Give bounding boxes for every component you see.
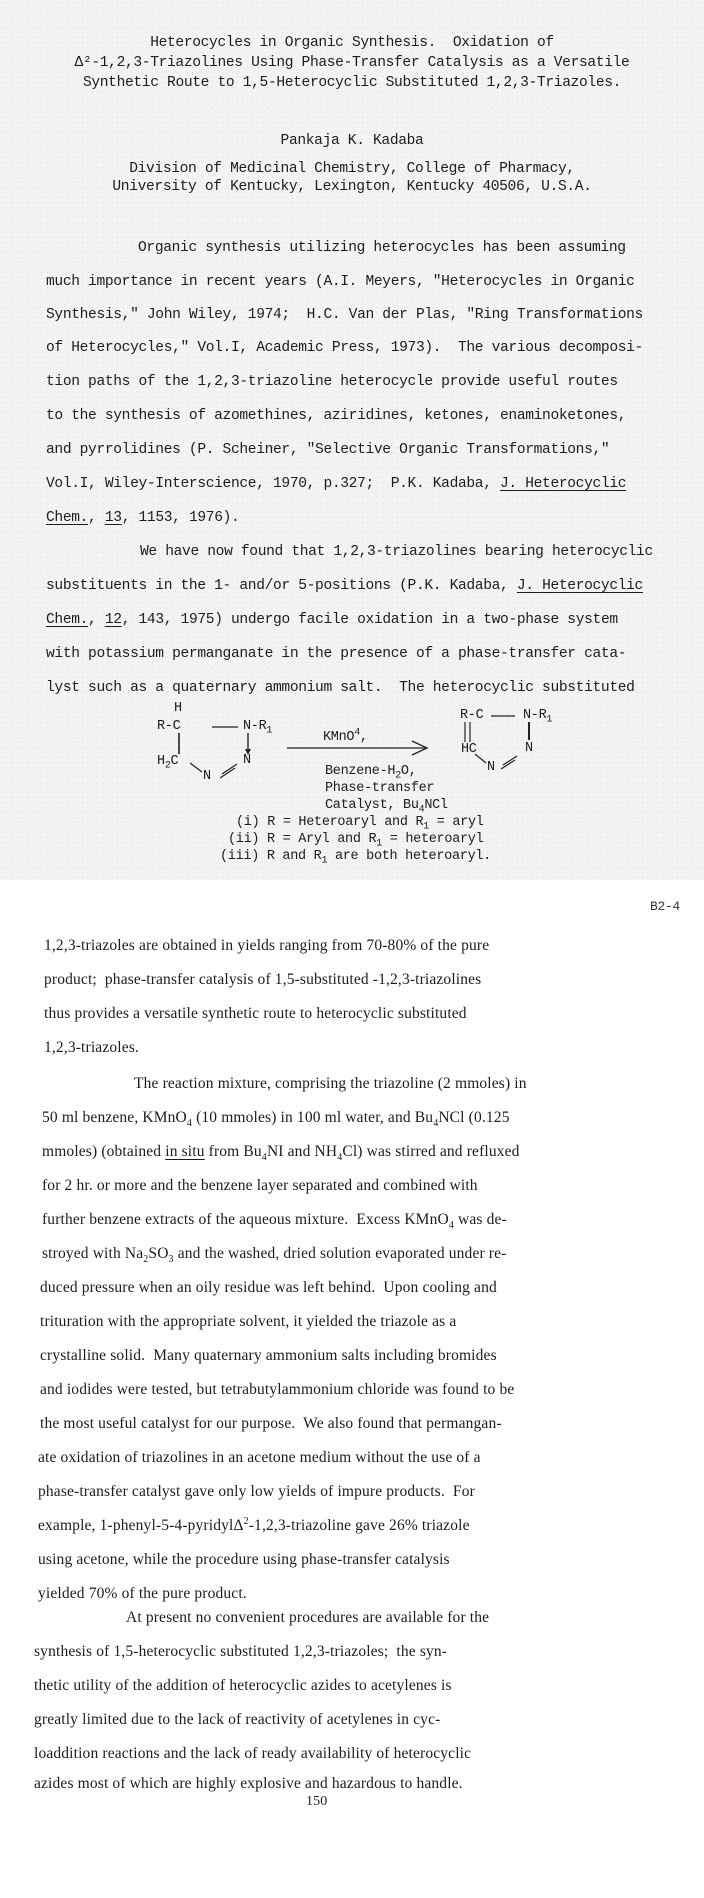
case-ii: (ii) R = Aryl and R1 = heteroaryl [228,832,483,847]
text-span: SO [148,1245,168,1262]
text-span: N-R [523,708,546,723]
text-span: stroyed with Na [42,1245,143,1262]
text-span: N-R [243,719,266,734]
text-span: further benzene extracts of the aqueous … [42,1211,449,1228]
paragraph3-line-2: product; phase-transfer catalysis of 1,5… [44,971,481,989]
condition-catalyst: Catalyst, Bu4NCl [325,798,448,813]
reactant-n-atom-right: N [243,753,251,768]
paragraph4-line-8: trituration with the appropriate solvent… [40,1313,456,1331]
text-span: (10 mmoles) in 100 ml water, and Bu [192,1109,433,1126]
paragraph4-line-1: The reaction mixture, comprising the tri… [134,1075,527,1093]
text-span: R = Heteroaryl and R [267,815,423,830]
reactant-n-r1-group: N-R1 [243,719,272,734]
text-span: and the washed, dried solution evaporate… [174,1245,507,1262]
text-span: Catalyst, Bu [325,798,419,813]
paragraph4-line-12: ate oxidation of triazolines in an aceto… [38,1449,481,1467]
text-span: are both heteroaryl. [327,849,491,864]
paragraph4-line-3: mmoles) (obtained in situ from Bu4NI and… [42,1143,520,1161]
text-span: mmoles) (obtained [42,1143,165,1160]
text-span: -1,2,3-triazoline gave 26% triazole [249,1517,470,1534]
paragraph3-line-3: thus provides a versatile synthetic rout… [44,1005,467,1023]
text-span: from Bu [205,1143,262,1160]
subscript: 1 [546,715,552,726]
text-span: R and R [267,849,322,864]
subscript: 1 [266,726,272,737]
text-span: = aryl [429,815,484,830]
paragraph5-line-5: loaddition reactions and the lack of rea… [34,1745,471,1763]
condition-phase-transfer: Phase-transfer [325,781,434,796]
reagent-kmno4: KMnO4, [323,730,368,745]
case-i: (i) R = Heteroaryl and R1 = aryl [236,815,484,830]
case-iii: (iii) R and R1 are both heteroaryl. [220,849,491,864]
case-label: (i) [236,815,259,830]
paragraph5-line-6: azides most of which are highly explosiv… [34,1775,463,1793]
text-span: 50 ml benzene, KMnO [42,1109,187,1126]
text-span: NCl [424,798,447,813]
in-situ-emphasis: in situ [165,1143,204,1160]
product-n-atom-right: N [525,741,533,756]
paragraph5-line-4: greatly limited due to the lack of react… [34,1711,440,1729]
paragraph4-line-7: duced pressure when an oily residue was … [40,1279,497,1297]
paragraph3-line-1: 1,2,3-triazoles are obtained in yields r… [44,937,489,955]
text-span: example, 1-phenyl-5-4-pyridylΔ [38,1517,244,1534]
reactant-h-atom: H [174,701,182,716]
product-hc-group: HC [461,742,477,757]
paragraph4-line-11: the most useful catalyst for our purpose… [40,1415,502,1433]
paragraph4-line-10: and iodides were tested, but tetrabutyla… [40,1381,514,1399]
paragraph3-line-4: 1,2,3-triazoles. [44,1039,139,1057]
text-span: O, [401,764,417,779]
text-span: was de- [454,1211,507,1228]
reactant-n-atom-bottom: N [203,769,211,784]
text-span: Cl) was stirred and refluxed [342,1143,519,1160]
condition-solvent: Benzene-H2O, [325,764,417,779]
paragraph4-line-16: yielded 70% of the pure product. [38,1585,247,1603]
case-label: (iii) [220,849,259,864]
paragraph5-line-3: thetic utility of the addition of hetero… [34,1677,452,1695]
text-span: NCl (0.125 [438,1109,509,1126]
page-number: 150 [306,1793,327,1811]
case-label: (ii) [228,832,259,847]
paragraph4-line-14: example, 1-phenyl-5-4-pyridylΔ2-1,2,3-tr… [38,1517,470,1535]
text-span: H [157,754,165,769]
bond-lines [0,0,704,880]
text-span: R = Aryl and R [267,832,376,847]
text-span: NI and NH [267,1143,337,1160]
text-span: Benzene-H [325,764,395,779]
paragraph4-line-9: crystalline solid. Many quaternary ammon… [40,1347,497,1365]
paragraph4-line-4: for 2 hr. or more and the benzene layer … [42,1177,478,1195]
reactant-h2c-group: H2C [157,754,178,769]
text-span: C [171,754,179,769]
reactant-rc-group: R-C [157,719,180,734]
text-span: , [360,730,368,745]
paragraph4-line-2: 50 ml benzene, KMnO4 (10 mmoles) in 100 … [42,1109,510,1127]
paragraph4-line-6: stroyed with Na2SO3 and the washed, drie… [42,1245,506,1263]
product-n-r1-group: N-R1 [523,708,552,723]
product-rc-group: R-C [460,708,483,723]
paragraph5-line-2: synthesis of 1,5-heterocyclic substitute… [34,1643,447,1661]
text-span: = heteroaryl [382,832,483,847]
page-code: B2-4 [650,898,680,916]
paragraph4-line-5: further benzene extracts of the aqueous … [42,1211,507,1229]
paragraph4-line-13: phase-transfer catalyst gave only low yi… [38,1483,475,1501]
text-span: KMnO [323,730,354,745]
paragraph5-line-1: At present no convenient procedures are … [126,1609,489,1627]
paragraph4-line-15: using acetone, while the procedure using… [38,1551,450,1569]
product-n-atom-bottom: N [487,760,495,775]
